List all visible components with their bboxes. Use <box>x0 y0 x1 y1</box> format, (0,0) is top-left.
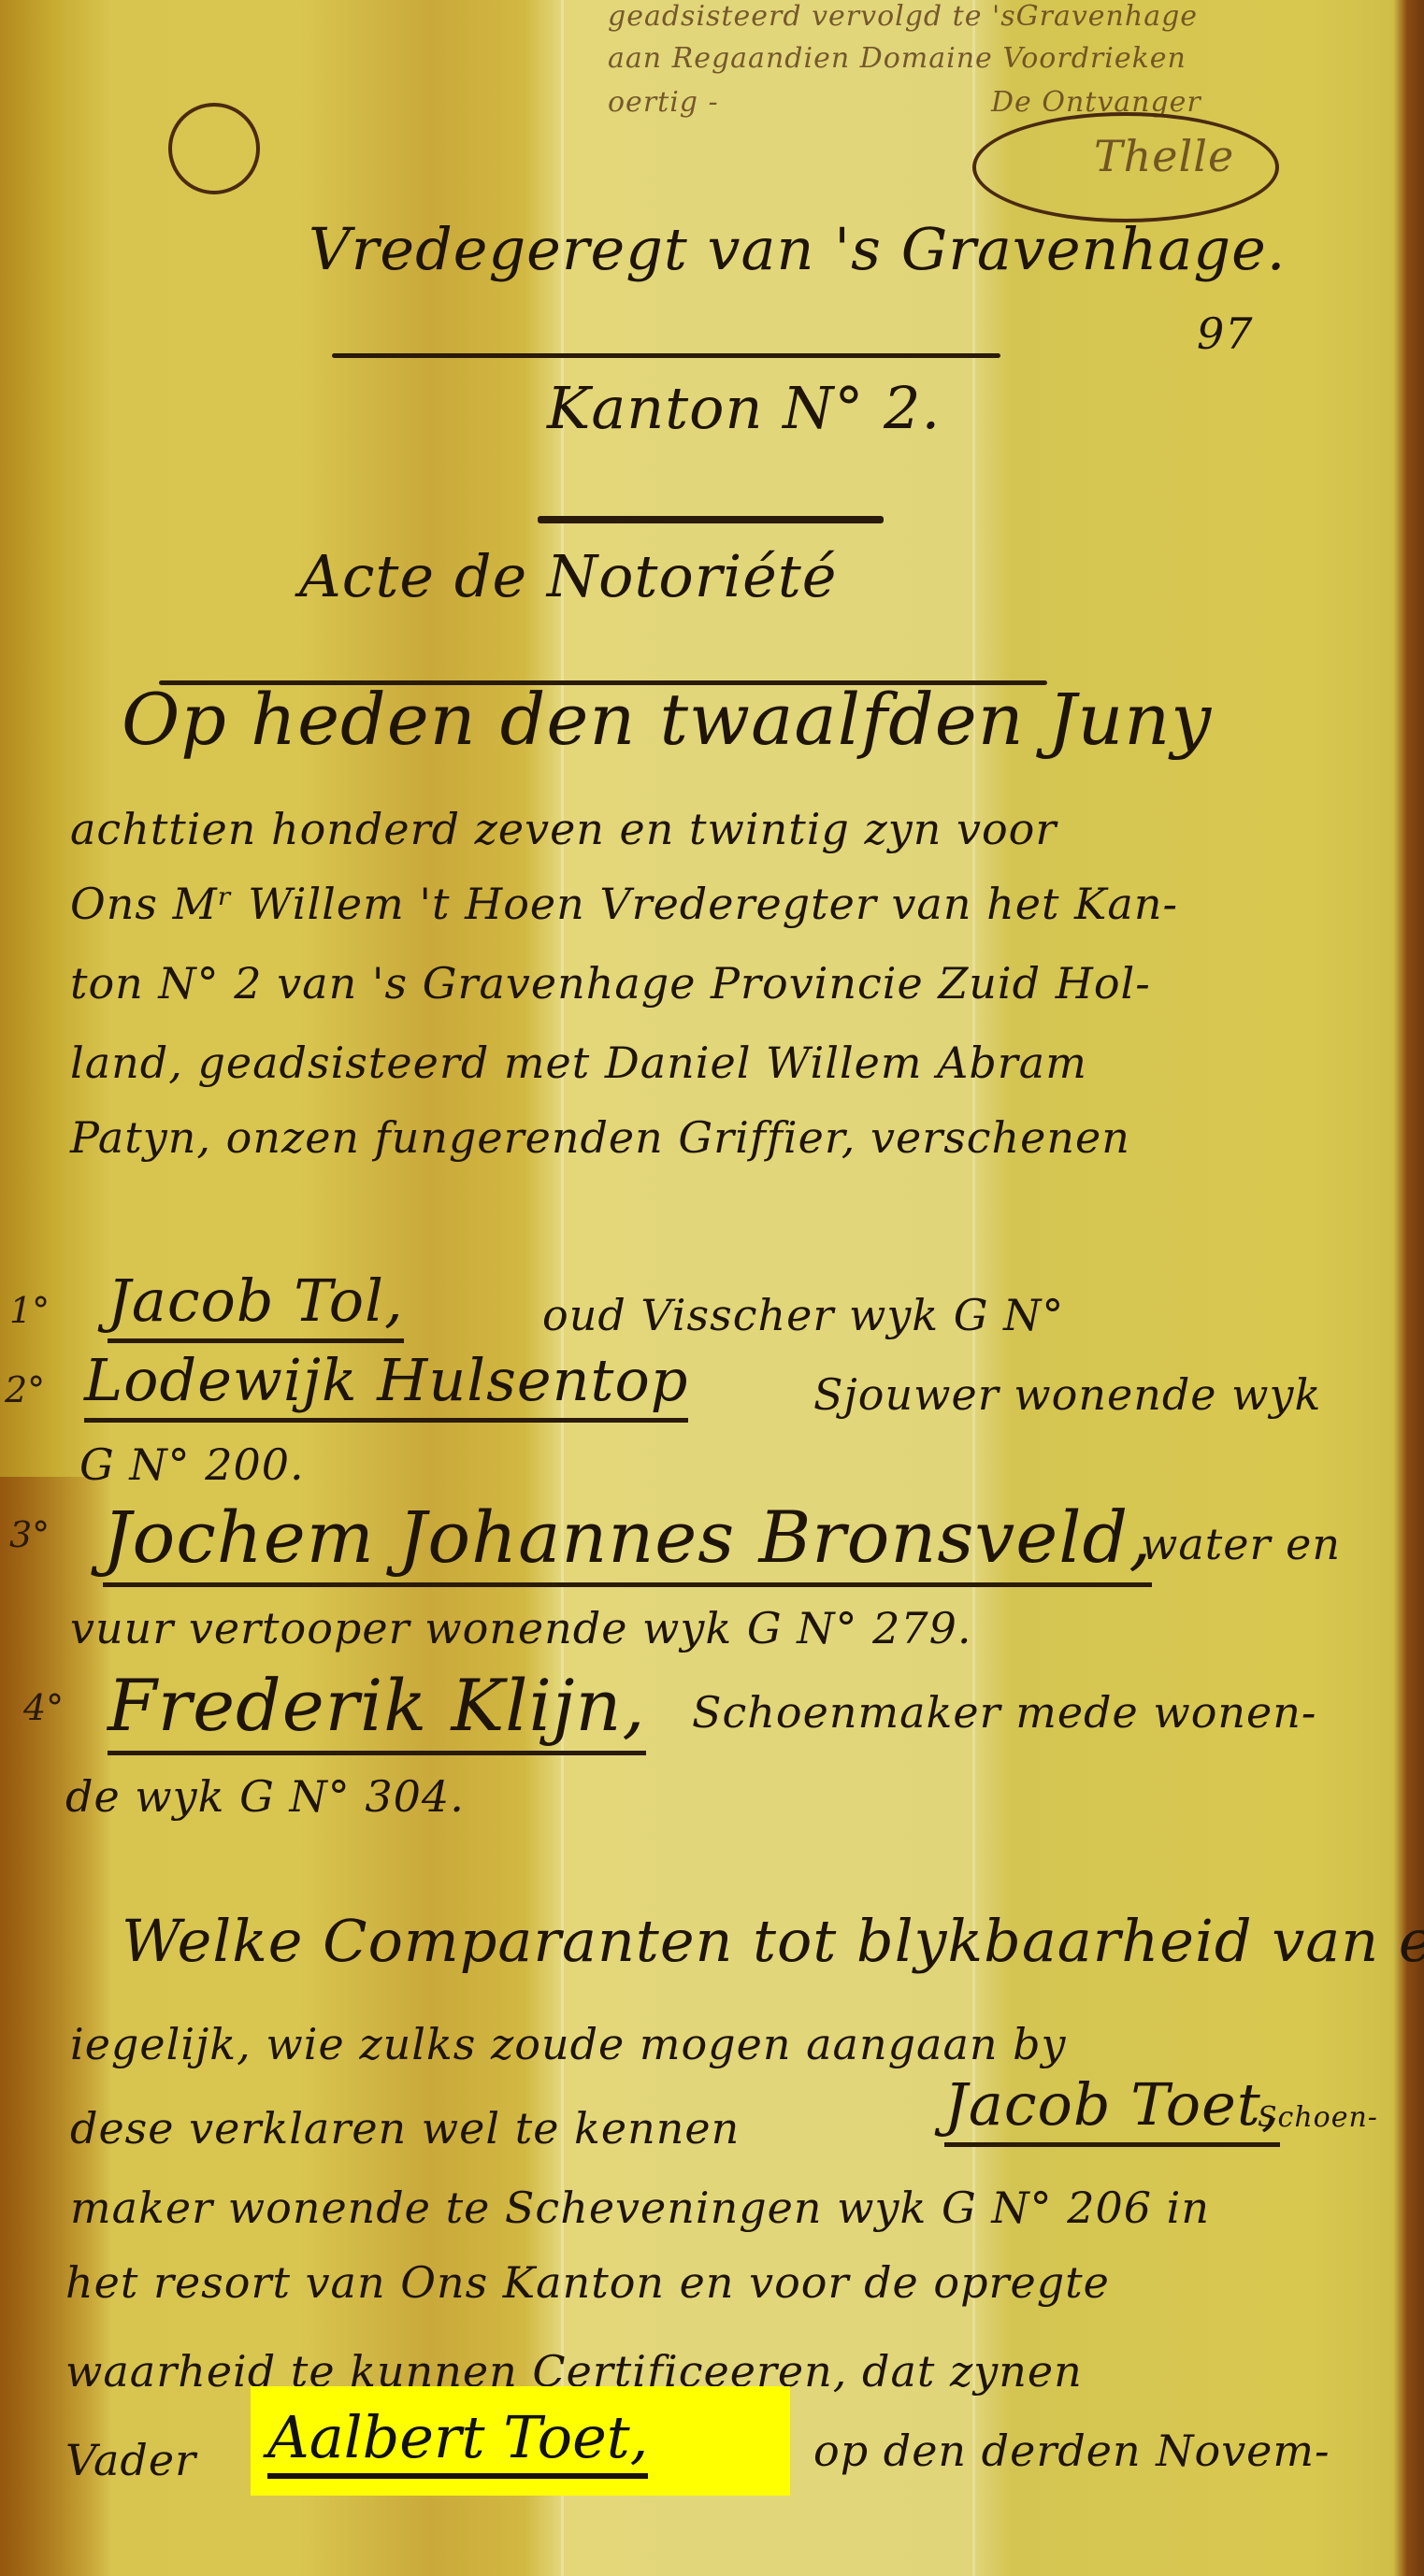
document-photo: geadsisteerd vervolgd te 'sGravenhage aa… <box>0 0 1424 2576</box>
witness-details: Sjouwer wonende wyk <box>813 1369 1321 1420</box>
closing-line: Welke Comparanten tot blykbaarheid van e… <box>122 1907 1424 1975</box>
act-title: Acte de Notoriété <box>299 542 837 610</box>
closing-line: het resort van Ons Kanton en voor de opr… <box>65 2257 1110 2308</box>
intro-line: Ons Mʳ Willem 't Hoen Vrederegter van he… <box>70 879 1178 929</box>
closing-line: dese verklaren wel te kennen <box>70 2103 740 2154</box>
subject-name: Jacob Toet, <box>944 2070 1280 2147</box>
annotation-line: geadsisteerd vervolgd te 'sGravenhage <box>608 0 1198 33</box>
subject-trade: Schoen- <box>1258 2101 1378 2134</box>
witness-number: 4° <box>23 1687 64 1728</box>
witness-details: water en <box>1141 1519 1341 1569</box>
witness-details: oud Visscher wyk G N° <box>542 1290 1064 1340</box>
intro-line: achttien honderd zeven en twintig zyn vo… <box>70 804 1057 854</box>
highlighted-name: Aalbert Toet, <box>267 2403 648 2479</box>
court-title: Vredegeregt van 's Gravenhage. <box>309 215 1286 283</box>
closing-line: iegelijk, wie zulks zoude mogen aangaan … <box>70 2019 1067 2069</box>
closing-line: op den derden Novem- <box>813 2426 1331 2476</box>
divider-rule <box>332 353 1000 358</box>
intro-line: ton N° 2 van 's Gravenhage Provincie Zui… <box>70 958 1151 1009</box>
witness-name: Jochem Johannes Bronsveld, <box>103 1496 1152 1587</box>
intro-line: land, geadsisteerd met Daniel Willem Abr… <box>70 1038 1087 1088</box>
witness-name: Jacob Tol, <box>108 1267 404 1343</box>
folio-number: 97 <box>1197 308 1254 359</box>
closing-line: Vader <box>65 2435 196 2485</box>
annotation-line: aan Regaandien Domaine Voordrieken <box>608 42 1187 75</box>
highlighted-name-box: Aalbert Toet, <box>251 2386 790 2496</box>
annotation-line: oertig - <box>608 86 719 119</box>
witness-details: Schoenmaker mede wonen- <box>692 1687 1316 1738</box>
witness-number: 2° <box>5 1369 45 1410</box>
closing-line: maker wonende te Scheveningen wyk G N° 2… <box>70 2182 1210 2233</box>
witness-name: Lodewijk Hulsentop <box>84 1346 688 1423</box>
intro-line: Op heden den twaalfden Juny <box>122 678 1212 761</box>
intro-line: Patyn, onzen fungerenden Griffier, versc… <box>70 1112 1130 1163</box>
witness-name: Frederik Klijn, <box>108 1664 646 1755</box>
corner-flourish-icon <box>168 103 260 194</box>
canton-heading: Kanton N° 2. <box>547 374 941 442</box>
divider-rule <box>538 516 884 523</box>
witness-address: de wyk G N° 304. <box>65 1771 465 1822</box>
witness-address: G N° 200. <box>79 1439 305 1490</box>
witness-number: 1° <box>9 1290 50 1331</box>
witness-number: 3° <box>9 1514 50 1555</box>
witness-address: vuur vertooper wonende wyk G N° 279. <box>70 1603 972 1653</box>
annotation-signature: Thelle <box>1094 131 1234 181</box>
